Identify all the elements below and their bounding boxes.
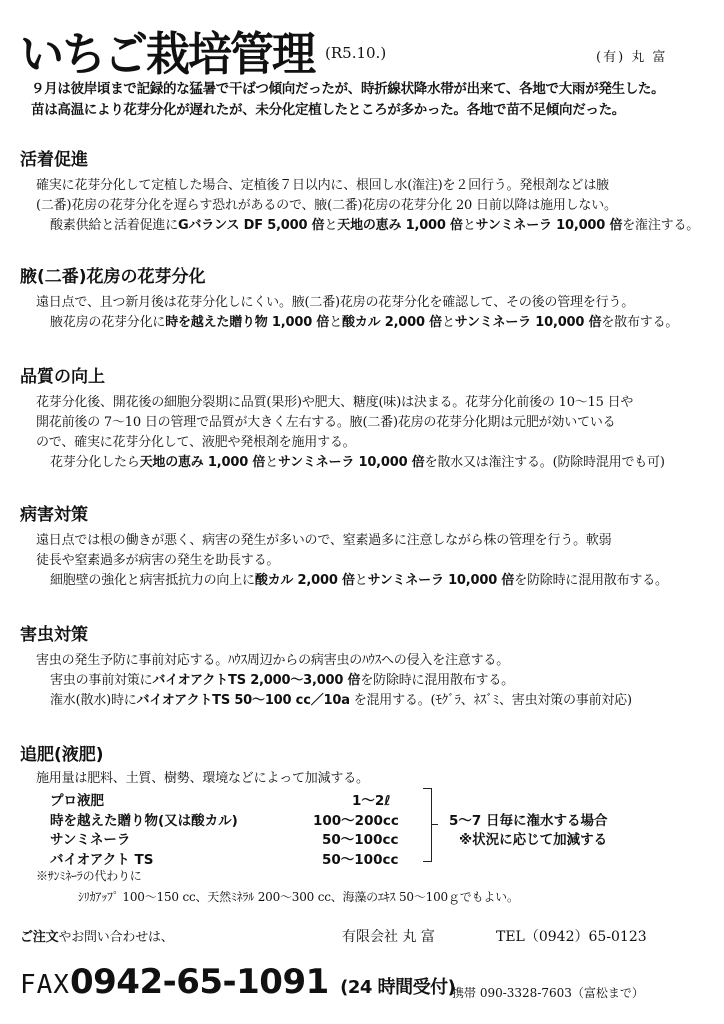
- brace-note-1: 5～7 日毎に潅水する場合: [449, 809, 608, 829]
- right-brace: [423, 788, 432, 862]
- recommendation-line: 潅水(散水)時にバイオアクトTS 50～100 cc／10a を混用する。(ﾓｸ…: [50, 691, 632, 711]
- fertilizer-amount: 50～100cc: [322, 828, 398, 848]
- rec-text: を防除時に混用散布する。: [360, 673, 514, 688]
- tel-number: TEL（0942）65-0123: [496, 926, 647, 946]
- section-text: 遠日点で、且つ新月後は花芽分化しにくい。腋(二番)花房の花芽分化を確認して、その…: [36, 293, 634, 313]
- rec-text: 花芽分化したら: [50, 455, 140, 470]
- rec-text: を散布する。: [601, 315, 678, 330]
- fertilizer-amount: 1～2ℓ: [352, 789, 391, 809]
- section-text: 開花前後の 7～10 日の管理で品質が大きく左右する。腋(二番)花房の花芽分化期…: [36, 413, 615, 433]
- fertilizer-name: サンミネーラ: [50, 828, 130, 848]
- rec-text: と: [324, 218, 337, 233]
- fertilizer-amount: 50～100cc: [322, 848, 398, 868]
- recommendation-line: 細胞壁の強化と病害抵抗力の向上に酸カル 2,000 倍とサンミネーラ 10,00…: [50, 571, 668, 591]
- alternative-text: ｼﾘｶｱｯﾌﾟ 100～150 cc、天然ﾐﾈﾗﾙ 200～300 cc、海藻の…: [78, 887, 519, 907]
- order-label: ご注文: [20, 930, 58, 945]
- rec-text: と: [355, 573, 368, 588]
- fertilizer-name: プロ液肥: [50, 789, 104, 809]
- product-name: 酸カル 2,000 倍: [342, 315, 442, 330]
- product-name: サンミネーラ 10,000 倍: [455, 315, 602, 330]
- section-heading-pests: 害虫対策: [20, 620, 88, 645]
- rec-text: 潅水(散水)時に: [50, 693, 137, 708]
- rec-text: を混用する。(ﾓｸﾞﾗ、ﾈｽﾞﾐ、害虫対策の事前対応): [350, 693, 632, 708]
- fax-hours: (24 時間受付): [340, 977, 455, 998]
- fertilizer-amount: 100～200cc: [313, 809, 399, 829]
- fertilizer-name: バイオアクト TS: [50, 848, 153, 868]
- order-inquiry: ご注文やお問い合わせは、: [20, 928, 174, 948]
- document-date: (R5.10.): [325, 44, 386, 62]
- rec-text: 細胞壁の強化と病害抵抗力の向上に: [50, 573, 255, 588]
- paren: (: [340, 977, 348, 998]
- rec-text: 酸素供給と活着促進に: [50, 218, 178, 233]
- company-full-name: 有限会社 丸 富: [342, 926, 435, 946]
- document-title: いちご栽培管理: [20, 16, 314, 83]
- section-text: 害虫の発生予防に事前対応する。ﾊｳｽ周辺からの病害虫のﾊｳｽへの侵入を注意する。: [36, 651, 509, 671]
- mobile-number: 携帯 090-3328-7603（富松まで）: [452, 984, 644, 1001]
- section-text: 遠日点では根の働きが悪く、病害の発生が多いので、窒素過多に注意しながら株の管理を…: [36, 531, 611, 551]
- fax-line: FAX0942-65-1091 (24 時間受付): [20, 962, 455, 1002]
- product-name: 酸カル 2,000 倍: [255, 573, 355, 588]
- section-text: 徒長や窒素過多が病害の発生を助長する。: [36, 551, 279, 571]
- product-name: Gバランス DF 5,000 倍: [178, 218, 324, 233]
- intro-line-1: ９月は彼岸頃まで記録的な猛暑で干ばつ傾向だったが、時折線状降水帯が出来て、各地で…: [31, 77, 664, 97]
- intro-line-2: 苗は高温により花芽分化が遅れたが、未分化定植したところが多かった。各地で苗不足傾…: [31, 98, 625, 118]
- company-name: (有) 丸 富: [596, 46, 667, 65]
- fax-label: FAX: [20, 970, 70, 1000]
- rec-text: と: [265, 455, 278, 470]
- section-text: (二番)花房の花芽分化を遅らす恐れがあるので、腋(二番)花房の花芽分化 20 日…: [36, 196, 617, 216]
- section-heading-rooting: 活着促進: [20, 145, 88, 170]
- fertilizer-name: 時を越えた贈り物(又は酸カル): [50, 809, 238, 829]
- product-name: バイオアクトTS 2,000～3,000 倍: [152, 673, 360, 688]
- product-name: バイオアクトTS 50～100 cc／10a: [137, 693, 350, 708]
- section-text: ので、確実に花芽分化して、液肥や発根剤を施用する。: [36, 433, 355, 453]
- rec-text: を散水又は潅注する。(防除時混用でも可): [425, 455, 665, 470]
- order-text: やお問い合わせは、: [58, 930, 173, 945]
- fax-number: 0942-65-1091: [70, 962, 329, 1002]
- product-name: サンミネーラ 10,000 倍: [278, 455, 425, 470]
- product-name: 天地の恵み 1,000 倍: [337, 218, 463, 233]
- rec-text: と: [329, 315, 342, 330]
- section-heading-disease: 病害対策: [20, 500, 88, 525]
- section-text: 花芽分化後、開花後の細胞分裂期に品質(果形)や肥大、糖度(味)は決まる。花芽分化…: [36, 393, 633, 413]
- rec-text: を潅注する。: [622, 218, 699, 233]
- recommendation-line: 酸素供給と活着促進にGバランス DF 5,000 倍と天地の恵み 1,000 倍…: [50, 216, 699, 236]
- section-text: 施用量は肥料、土質、樹勢、環境などによって加減する。: [36, 769, 369, 789]
- section-heading-fertilizer: 追肥(液肥): [20, 740, 104, 765]
- recommendation-line: 腋花房の花芽分化に時を越えた贈り物 1,000 倍と酸カル 2,000 倍とサン…: [50, 313, 678, 333]
- rec-text: と: [463, 218, 476, 233]
- section-heading-quality: 品質の向上: [20, 362, 105, 387]
- product-name: 時を越えた贈り物 1,000 倍: [165, 315, 329, 330]
- rec-text: を防除時に混用散布する。: [514, 573, 668, 588]
- rec-text: と: [442, 315, 455, 330]
- alternative-label: ※ｻﾝﾐﾈｰﾗの代わりに: [36, 866, 142, 886]
- rec-text: 害虫の事前対策に: [50, 673, 152, 688]
- product-name: サンミネーラ 10,000 倍: [476, 218, 623, 233]
- fax-hours-text: 24 時間受付: [348, 977, 448, 998]
- section-text: 確実に花芽分化して定植した場合、定植後７日以内に、根回し水(潅注)を２回行う。発…: [36, 176, 609, 196]
- product-name: 天地の恵み 1,000 倍: [140, 455, 266, 470]
- recommendation-line: 花芽分化したら天地の恵み 1,000 倍とサンミネーラ 10,000 倍を散水又…: [50, 453, 665, 473]
- product-name: サンミネーラ 10,000 倍: [368, 573, 515, 588]
- rec-text: 腋花房の花芽分化に: [50, 315, 165, 330]
- section-heading-axillary: 腋(二番)花房の花芽分化: [20, 262, 206, 287]
- brace-note-2: ※状況に応じて加減する: [459, 828, 607, 848]
- recommendation-line: 害虫の事前対策にバイオアクトTS 2,000～3,000 倍を防除時に混用散布す…: [50, 671, 514, 691]
